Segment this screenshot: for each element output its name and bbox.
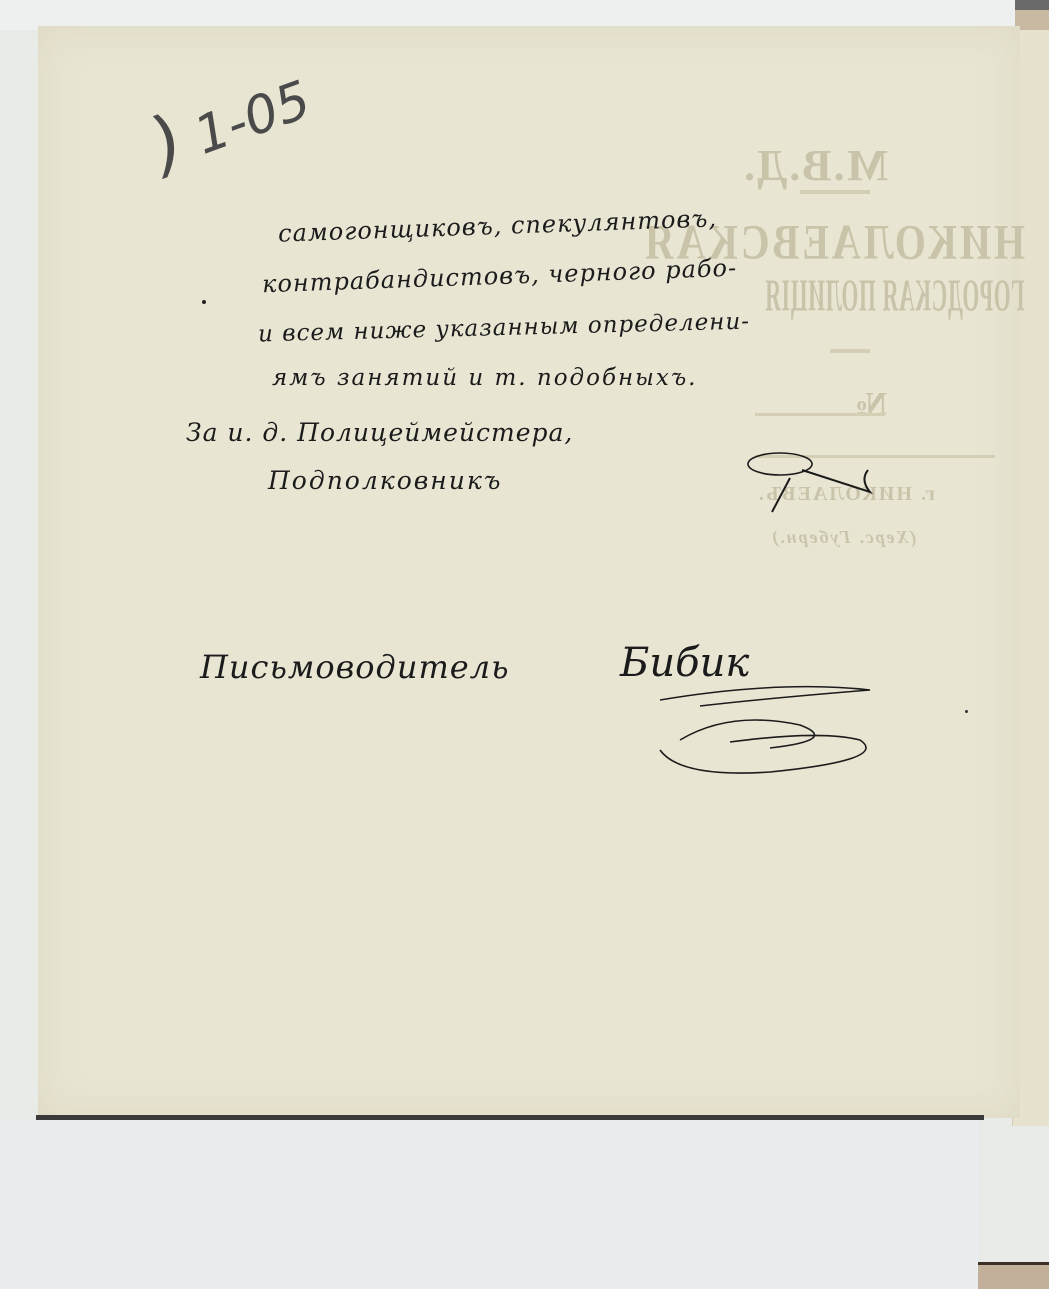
stamp-rule [800, 190, 870, 194]
signature-1-flourish [740, 440, 900, 520]
background-bottom [0, 1120, 978, 1289]
bottom-card [978, 1262, 1049, 1289]
stamp-number-line [755, 413, 885, 416]
signature-2-flourish [620, 660, 920, 780]
ink-speck [965, 710, 968, 713]
ink-speck [202, 300, 206, 304]
stamp-mvd: М.В.Д. [742, 140, 888, 191]
stamp-gorodskaya-policiya: ГОРОДСКАЯ ПОЛИЦІЯ [765, 272, 1025, 323]
signature-1-name: Подполковникъ [268, 466, 502, 495]
stamp-number: № [853, 385, 887, 422]
stamp-rule-2 [830, 349, 870, 353]
body-line-4: ямъ занятий и т. подобныхъ. [272, 365, 698, 391]
stamp-region: (Херс. Губерн.) [770, 527, 917, 548]
page-bottom-edge [36, 1115, 984, 1120]
signature-2-label: Письмоводитель [200, 648, 510, 686]
signature-1-label: За и. д. Полицеймейстера, [186, 418, 573, 447]
corner-card [1015, 10, 1049, 30]
